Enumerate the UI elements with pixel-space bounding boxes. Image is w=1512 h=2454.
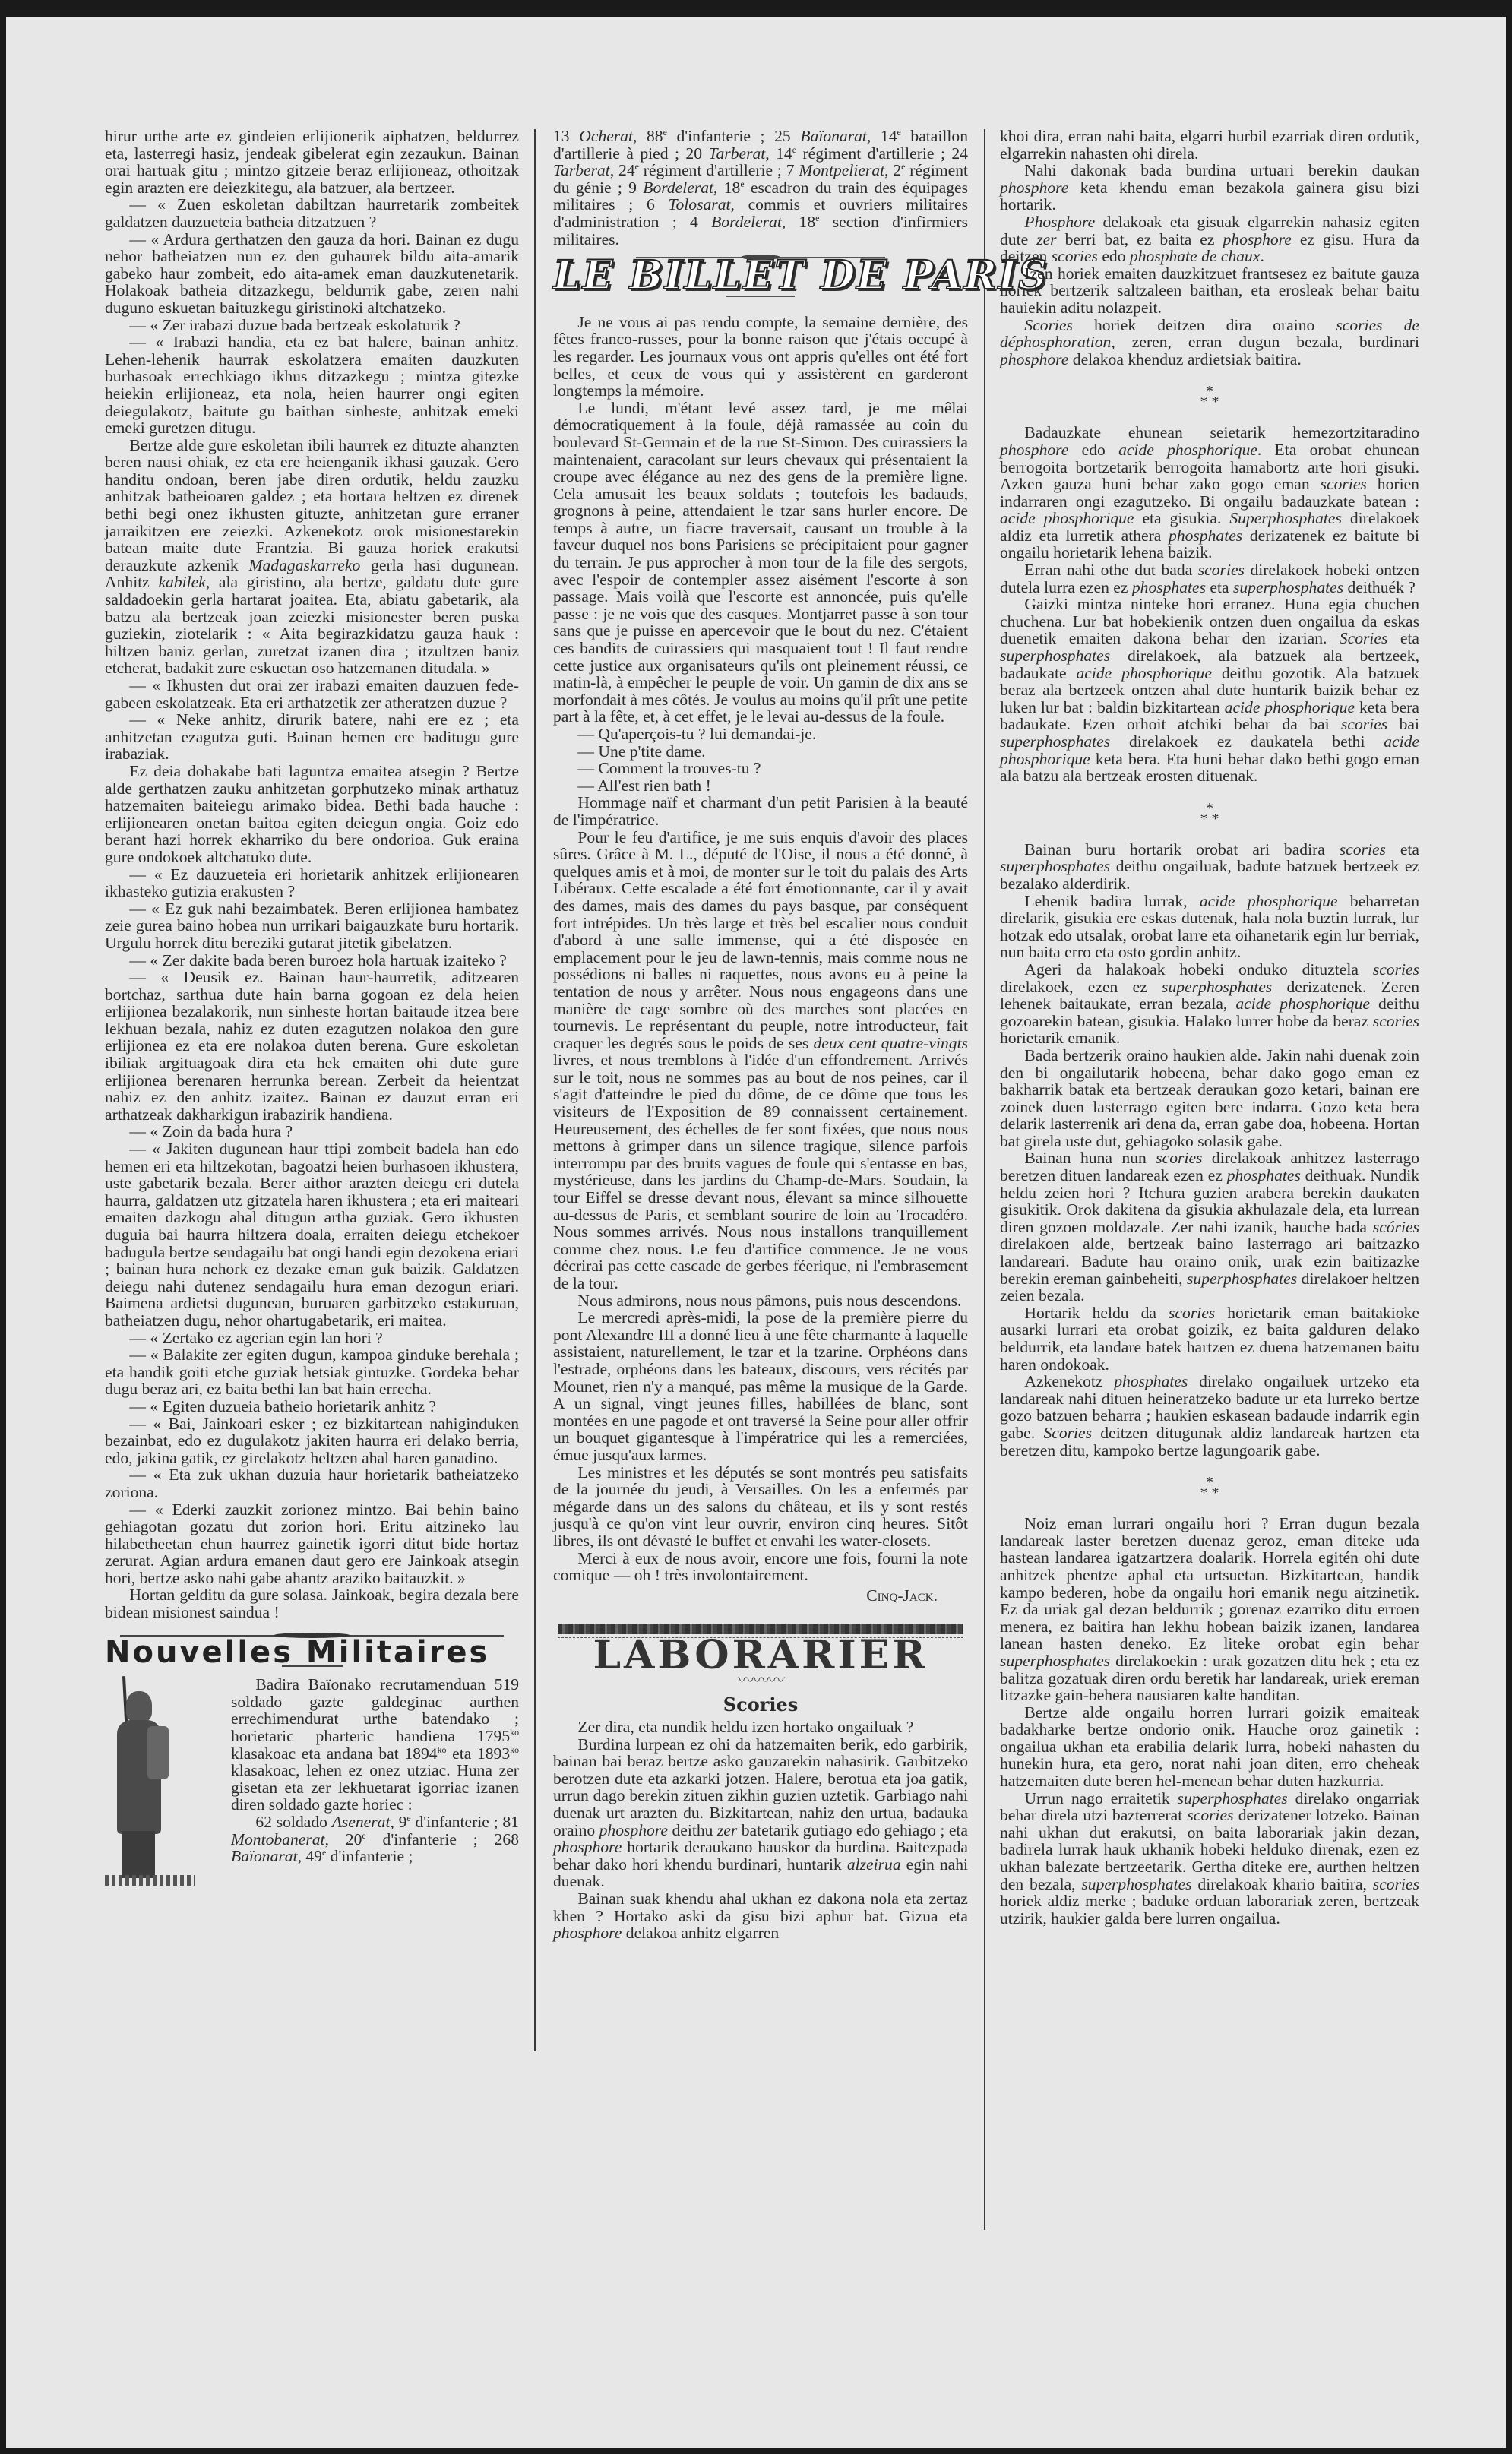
laborarier-paragraph: Bainan suak khendu ahal ukhan ez dakona …	[553, 1890, 968, 1942]
column-1: hirur urthe arte ez gindeien erlijioneri…	[105, 128, 519, 1896]
section-ornament	[120, 1635, 504, 1640]
paragraph: Hommage naïf et charmant d'un petit Pari…	[553, 794, 968, 828]
military-news-section: Badira Baïonako recrutamenduan 519 solda…	[105, 1676, 519, 1865]
paragraph: — Une p'tite dame.	[553, 743, 968, 761]
paragraph: — « Zuen eskoletan dabiltzan haurretarik…	[105, 196, 519, 230]
column-divider	[984, 129, 985, 2230]
laborarier-paragraph: Burdina lurpean ez ohi da hatzemaiten be…	[553, 1736, 968, 1890]
paragraph: Ez deia dohakabe bati laguntza emaitea a…	[105, 763, 519, 866]
paragraph: Bainan buru hortarik orobat ari badira s…	[1000, 841, 1419, 893]
paragraph: — « Balakite zer egiten dugun, kampoa gi…	[105, 1346, 519, 1398]
asterism-separator: ** *	[1000, 803, 1419, 824]
laborarier-paragraph: Zer dira, eta nundik heldu izen hortako …	[553, 1719, 968, 1736]
paragraph: — Comment la trouves-tu ?	[553, 760, 968, 777]
missionary-interview-article: hirur urthe arte ez gindeien erlijioneri…	[105, 128, 519, 1621]
paragraph: hirur urthe arte ez gindeien erlijioneri…	[105, 128, 519, 196]
paragraph: — « Ederki zauzkit zorionez mintzo. Bai …	[105, 1501, 519, 1587]
paragraph: Bertze alde ongailu horren lurrari goizi…	[1000, 1704, 1419, 1790]
paragraph: — « Zer dakite bada beren buroez hola ha…	[105, 952, 519, 969]
paragraph: Nous admirons, nous nous pâmons, puis no…	[553, 1292, 968, 1310]
paragraph: Je ne vous ai pas rendu compte, la semai…	[553, 314, 968, 400]
paragraph: — « Ardura gerthatzen den gauza da hori.…	[105, 231, 519, 317]
column-2: 13 Ocherat, 88e d'infanterie ; 25 Baïona…	[553, 128, 968, 1942]
paragraph: Ageri da halakoak hobeki onduko dituztel…	[1000, 961, 1419, 1047]
paragraph: — « Ez guk nahi bezaimbatek. Beren erlij…	[105, 900, 519, 952]
paragraph: Erran nahi othe dut bada scories direlak…	[1000, 561, 1419, 596]
asterism-separator: ** *	[1000, 1477, 1419, 1498]
paragraph: — « Zer irabazi duzue bada bertzeak esko…	[105, 317, 519, 334]
paragraph: — « Neke anhitz, dirurik batere, nahi er…	[105, 711, 519, 763]
paragraph: — Qu'aperçois-tu ? lui demandai-je.	[553, 726, 968, 743]
paragraph: — « Deusik ez. Bainan haur-haurretik, ad…	[105, 969, 519, 1123]
section-ornament	[636, 257, 885, 263]
asterism-separator: ** *	[1000, 386, 1419, 407]
paragraph: Le lundi, m'étant levé assez tard, je me…	[553, 400, 968, 726]
paragraph: Hortan gelditu da gure solasa. Jainkoak,…	[105, 1586, 519, 1621]
paragraph: Les ministres et les députés se sont mon…	[553, 1464, 968, 1550]
paragraph: — « Bai, Jainkoari esker ; ez bizkitarte…	[105, 1415, 519, 1467]
column-divider	[534, 129, 536, 2051]
paragraph: Merci à eux de nous avoir, encore une fo…	[553, 1550, 968, 1584]
paragraph: Hortarik heldu da scories horietarik ema…	[1000, 1304, 1419, 1373]
paragraph: Bainan huna nun scories direlakoak anhit…	[1000, 1150, 1419, 1304]
paragraph: Gaizki mintza ninteke hori erranez. Huna…	[1000, 596, 1419, 785]
paragraph: Bertze alde gure eskoletan ibili haurrek…	[105, 437, 519, 677]
paragraph: Pour le feu d'artifice, je me suis enqui…	[553, 829, 968, 1292]
paragraph: Azkenekotz phosphates direlako ongailuek…	[1000, 1373, 1419, 1459]
paragraph: khoi dira, erran nahi baita, elgarri hur…	[1000, 128, 1419, 162]
paragraph: — « Eta zuk ukhan duzuia haur horietarik…	[105, 1466, 519, 1501]
paragraph: Le mercredi après-midi, la pose de la pr…	[553, 1309, 968, 1463]
paragraph: Scories horiek deitzen dira oraino scori…	[1000, 317, 1419, 368]
paragraph: — « Zoin da bada hura ?	[105, 1123, 519, 1140]
paragraph: Izen horiek emaiten dauzkitzuet frantses…	[1000, 265, 1419, 317]
paragraph: — « Irabazi handia, eta ez bat halere, b…	[105, 334, 519, 437]
laborarier-article-continued: khoi dira, erran nahi baita, elgarri hur…	[1000, 128, 1419, 1927]
billet-de-paris-article: Je ne vous ai pas rendu compte, la semai…	[553, 314, 968, 1584]
military-assignment-list-continued: 13 Ocherat, 88e d'infanterie ; 25 Baïona…	[553, 128, 968, 248]
paragraph: Badauzkate ehunean seietarik hemezortzit…	[1000, 424, 1419, 561]
paragraph: Nahi dakonak bada burdina urtuari bereki…	[1000, 162, 1419, 213]
paragraph: — « Jakiten dugunean haur ttipi zombeit …	[105, 1140, 519, 1330]
laborarier-heading: LABORARIER	[553, 1647, 968, 1665]
billet-de-paris-heading: LE BILLET DE PARIS	[553, 267, 968, 285]
soldier-illustration	[105, 1676, 219, 1896]
paragraph: Bada bertzerik oraino haukien alde. Jaki…	[1000, 1047, 1419, 1150]
paragraph: Noiz eman lurrari ongailu hori ? Erran d…	[1000, 1515, 1419, 1704]
paragraph: — « Ez dauzueteia eri horietarik anhitze…	[105, 866, 519, 900]
paragraph: Lehenik badira lurrak, acide phosphoriqu…	[1000, 893, 1419, 961]
paragraph: — All'est rien bath !	[553, 777, 968, 795]
nouvelles-militaires-heading: Nouvelles Militaires	[105, 1644, 519, 1662]
paragraph: — « Egiten duzueia batheio horietarik an…	[105, 1398, 519, 1415]
paragraph: — « Ikhusten dut orai zer irabazi emaite…	[105, 677, 519, 711]
paragraph: Phosphore delakoak eta gisuak elgarrekin…	[1000, 213, 1419, 265]
column-3: khoi dira, erran nahi baita, elgarri hur…	[1000, 128, 1419, 1927]
scories-subheading: Scories	[553, 1697, 968, 1714]
article-signature: Cinq-Jack.	[553, 1587, 968, 1605]
paragraph: Urrun nago erraitetik superphosphates di…	[1000, 1790, 1419, 1927]
paragraph: — « Zertako ez agerian egin lan hori ?	[105, 1330, 519, 1347]
